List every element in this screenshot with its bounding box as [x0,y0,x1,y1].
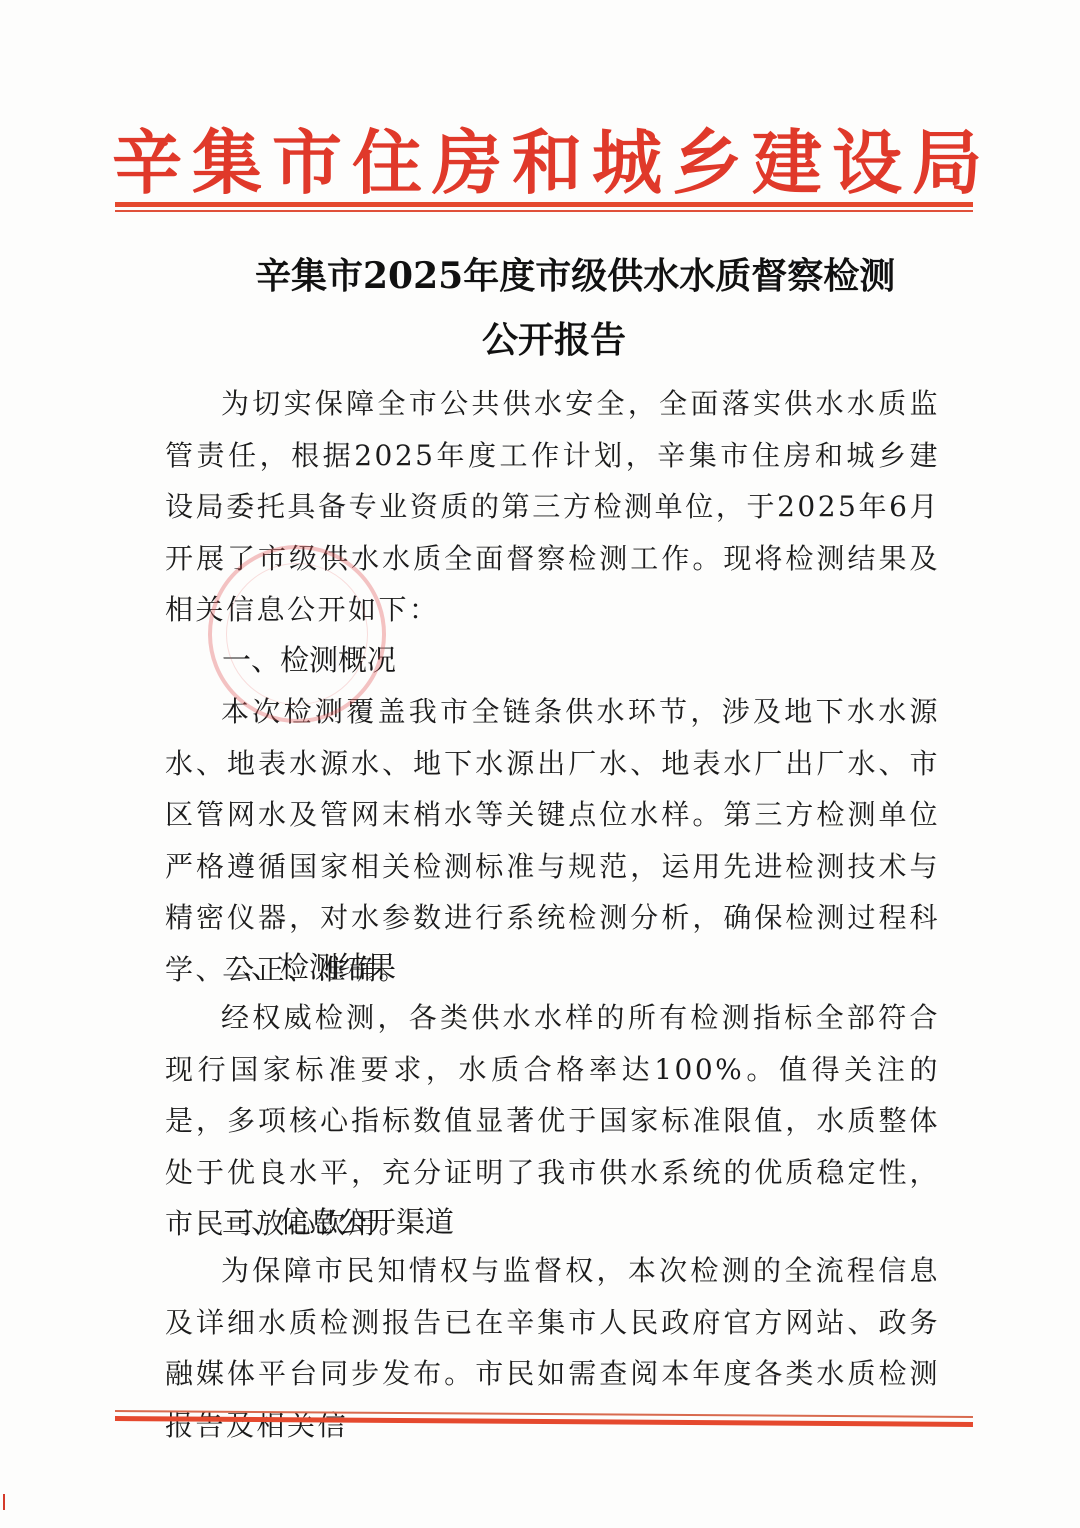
section-heading-disclosure-channels: 三、信息公开渠道 [222,1200,454,1241]
document-title-line-1: 辛集市2025年度市级供水水质督察检测 [255,248,895,299]
document-title-line-2: 公开报告 [482,312,626,363]
letterhead-red-rule-thin [115,210,973,212]
page-edge-mark [3,1494,5,1510]
section-heading-overview: 一、检测概况 [222,638,396,679]
letterhead-org-name: 辛集市住房和城乡建设局 [112,118,972,208]
intro-paragraph: 为切实保障全市公共供水安全，全面落实供水水质监管责任，根据2025年度工作计划，… [165,378,940,636]
section-heading-results: 二、检测结果 [222,945,396,986]
letterhead-red-rule-thick [115,202,973,207]
